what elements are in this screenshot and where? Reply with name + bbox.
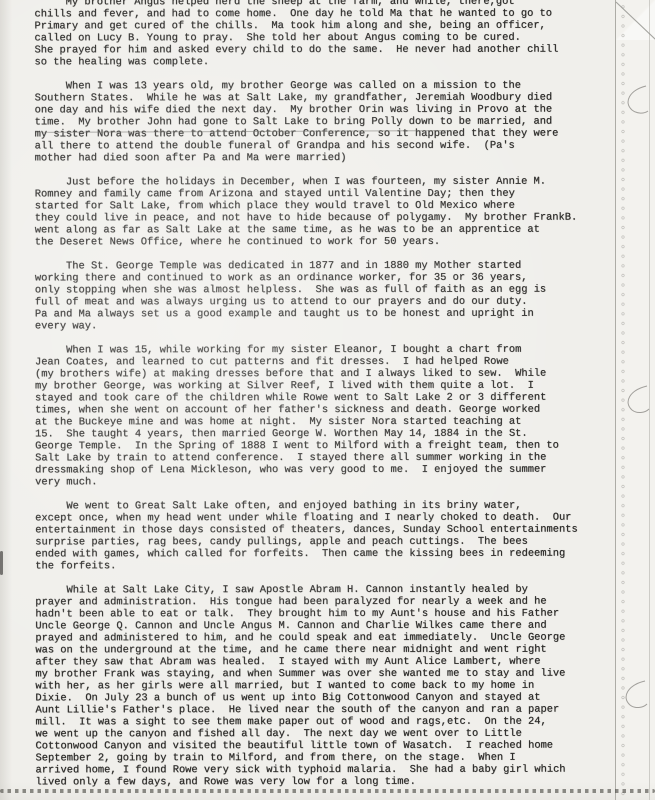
text-line: When I was 13 years old, my brother Geor… [35, 80, 578, 93]
text-line: went along as far as Salt Lake at the sa… [35, 224, 578, 237]
document-page: My brother Angus helped herd the sheep a… [0, 0, 655, 800]
typewritten-text: My brother Angus helped herd the sheep a… [34, 0, 578, 788]
paragraph: Just before the holidays in December, wh… [35, 176, 578, 249]
text-line: they could live in peace, and not have t… [35, 212, 578, 225]
text-line: She prayed for him and asked every child… [35, 44, 578, 57]
text-line: we went up the canyon and fished all day… [35, 728, 578, 741]
text-line: Uncle George Q. Cannon and Uncle Angus M… [35, 620, 578, 633]
text-line: Southern States. While he was at Salt La… [35, 92, 578, 105]
binding-edge [615, 0, 655, 800]
text-line: surprise parties, rag bees, candy pullin… [35, 536, 578, 549]
text-line: lived only a few days, and Rowe was very… [36, 776, 579, 789]
perforation-holes [619, 2, 627, 798]
text-line: Primary and get cured of the chills. Ma … [34, 20, 577, 33]
text-line: at the Buckeye mine and was home at nigh… [35, 416, 578, 429]
text-line: Jean Coates, and learned to cut patterns… [35, 356, 578, 369]
text-line: arrived home, I found Rowe very sick wit… [36, 764, 579, 777]
text-line: Dixie. On July 23 a bunch of us went up … [35, 692, 578, 705]
text-line: so the healing was complete. [35, 56, 578, 69]
text-line: the Deseret News Office, where he contin… [35, 236, 578, 249]
text-line: Salt Lake by train to attend conference.… [35, 452, 578, 465]
text-line: prayed and administered to him, and he c… [35, 632, 578, 645]
text-line: dressmaking shop of Lena Mickleson, who … [35, 464, 578, 477]
text-line: my brother George, was working at Silver… [35, 380, 578, 393]
paragraph: When I was 15, while working for my sist… [35, 344, 578, 489]
text-line: prayer and administration. His tongue ha… [35, 596, 578, 609]
text-line: stayed and took care of the children whi… [35, 392, 578, 405]
text-line: Pa and Ma always set us a good example a… [35, 308, 578, 321]
text-line: September 2, going by train to Milford, … [36, 752, 579, 765]
text-line: all there to attend the double funeral o… [35, 140, 578, 153]
paragraph: While at Salt Lake City, I saw Apostle A… [35, 584, 578, 789]
text-line: one day and his wife died the next day. … [35, 104, 578, 117]
text-line: only stopping when she was almost helple… [35, 284, 578, 297]
text-line: was on the underground at the time, and … [35, 644, 578, 657]
text-line: my brother Frank was staying, and when S… [35, 668, 578, 681]
text-line: very much. [35, 476, 578, 489]
bottom-perforation-line [0, 789, 655, 793]
text-line: every way. [35, 320, 578, 333]
paragraph: The St. George Temple was dedicated in 1… [35, 260, 578, 333]
text-line: (my brothers wife) at making dresses bef… [35, 368, 578, 381]
text-line: While at Salt Lake City, I saw Apostle A… [35, 584, 578, 597]
text-line: When I was 15, while working for my sist… [35, 344, 578, 357]
text-line: full of meat and was always urging us to… [35, 296, 578, 309]
text-line: the forfeits. [35, 560, 578, 573]
text-line: Aunt Lillie's Father's place. He lived n… [35, 704, 578, 717]
text-line: The St. George Temple was dedicated in 1… [35, 260, 578, 273]
left-edge-mark [0, 551, 3, 575]
text-line: hadn't been able to eat or talk. They br… [35, 608, 578, 621]
text-line: started for Salt Lake, from which place … [35, 200, 578, 213]
text-line: with her, as her girls were all married,… [35, 680, 578, 693]
text-line: ended with games, which called for forfe… [35, 548, 578, 561]
text-line: called on Lucy B. Young to pray. She tol… [34, 32, 577, 45]
paragraph: We went to Great Salt Lake often, and en… [35, 500, 578, 573]
text-line: Just before the holidays in December, wh… [35, 176, 578, 189]
text-line: entertainment in those days consisted of… [35, 524, 578, 537]
paragraph: My brother Angus helped herd the sheep a… [34, 0, 577, 68]
text-line: George Temple. In the Spring of 1888 I w… [35, 440, 578, 453]
paragraph: When I was 13 years old, my brother Geor… [35, 80, 578, 165]
text-line: chills and fever, and had to come home. … [34, 8, 577, 21]
text-line: Romney and family came from Arizona and … [35, 188, 578, 201]
text-line: time. My brother John had gone to Salt L… [35, 116, 578, 129]
text-line: mill. It was a sight to see them make pa… [35, 716, 578, 729]
text-line: Cottonwood Canyon and visited the beauti… [35, 740, 578, 753]
text-line: times, when she went on account of her f… [35, 404, 578, 417]
text-line: working there and continued to work as a… [35, 272, 578, 285]
text-line: except once, when my head went under whi… [35, 512, 578, 525]
text-line: 15. She taught 4 years, then married Geo… [35, 428, 578, 441]
text-line: after they saw that Abram was healed. I … [35, 656, 578, 669]
text-line: mother had died soon after Pa and Ma wer… [35, 152, 578, 165]
edge-line [649, 0, 650, 800]
text-line: We went to Great Salt Lake often, and en… [35, 500, 578, 513]
text-line: my sister Nora was there to attend Octob… [35, 128, 578, 141]
